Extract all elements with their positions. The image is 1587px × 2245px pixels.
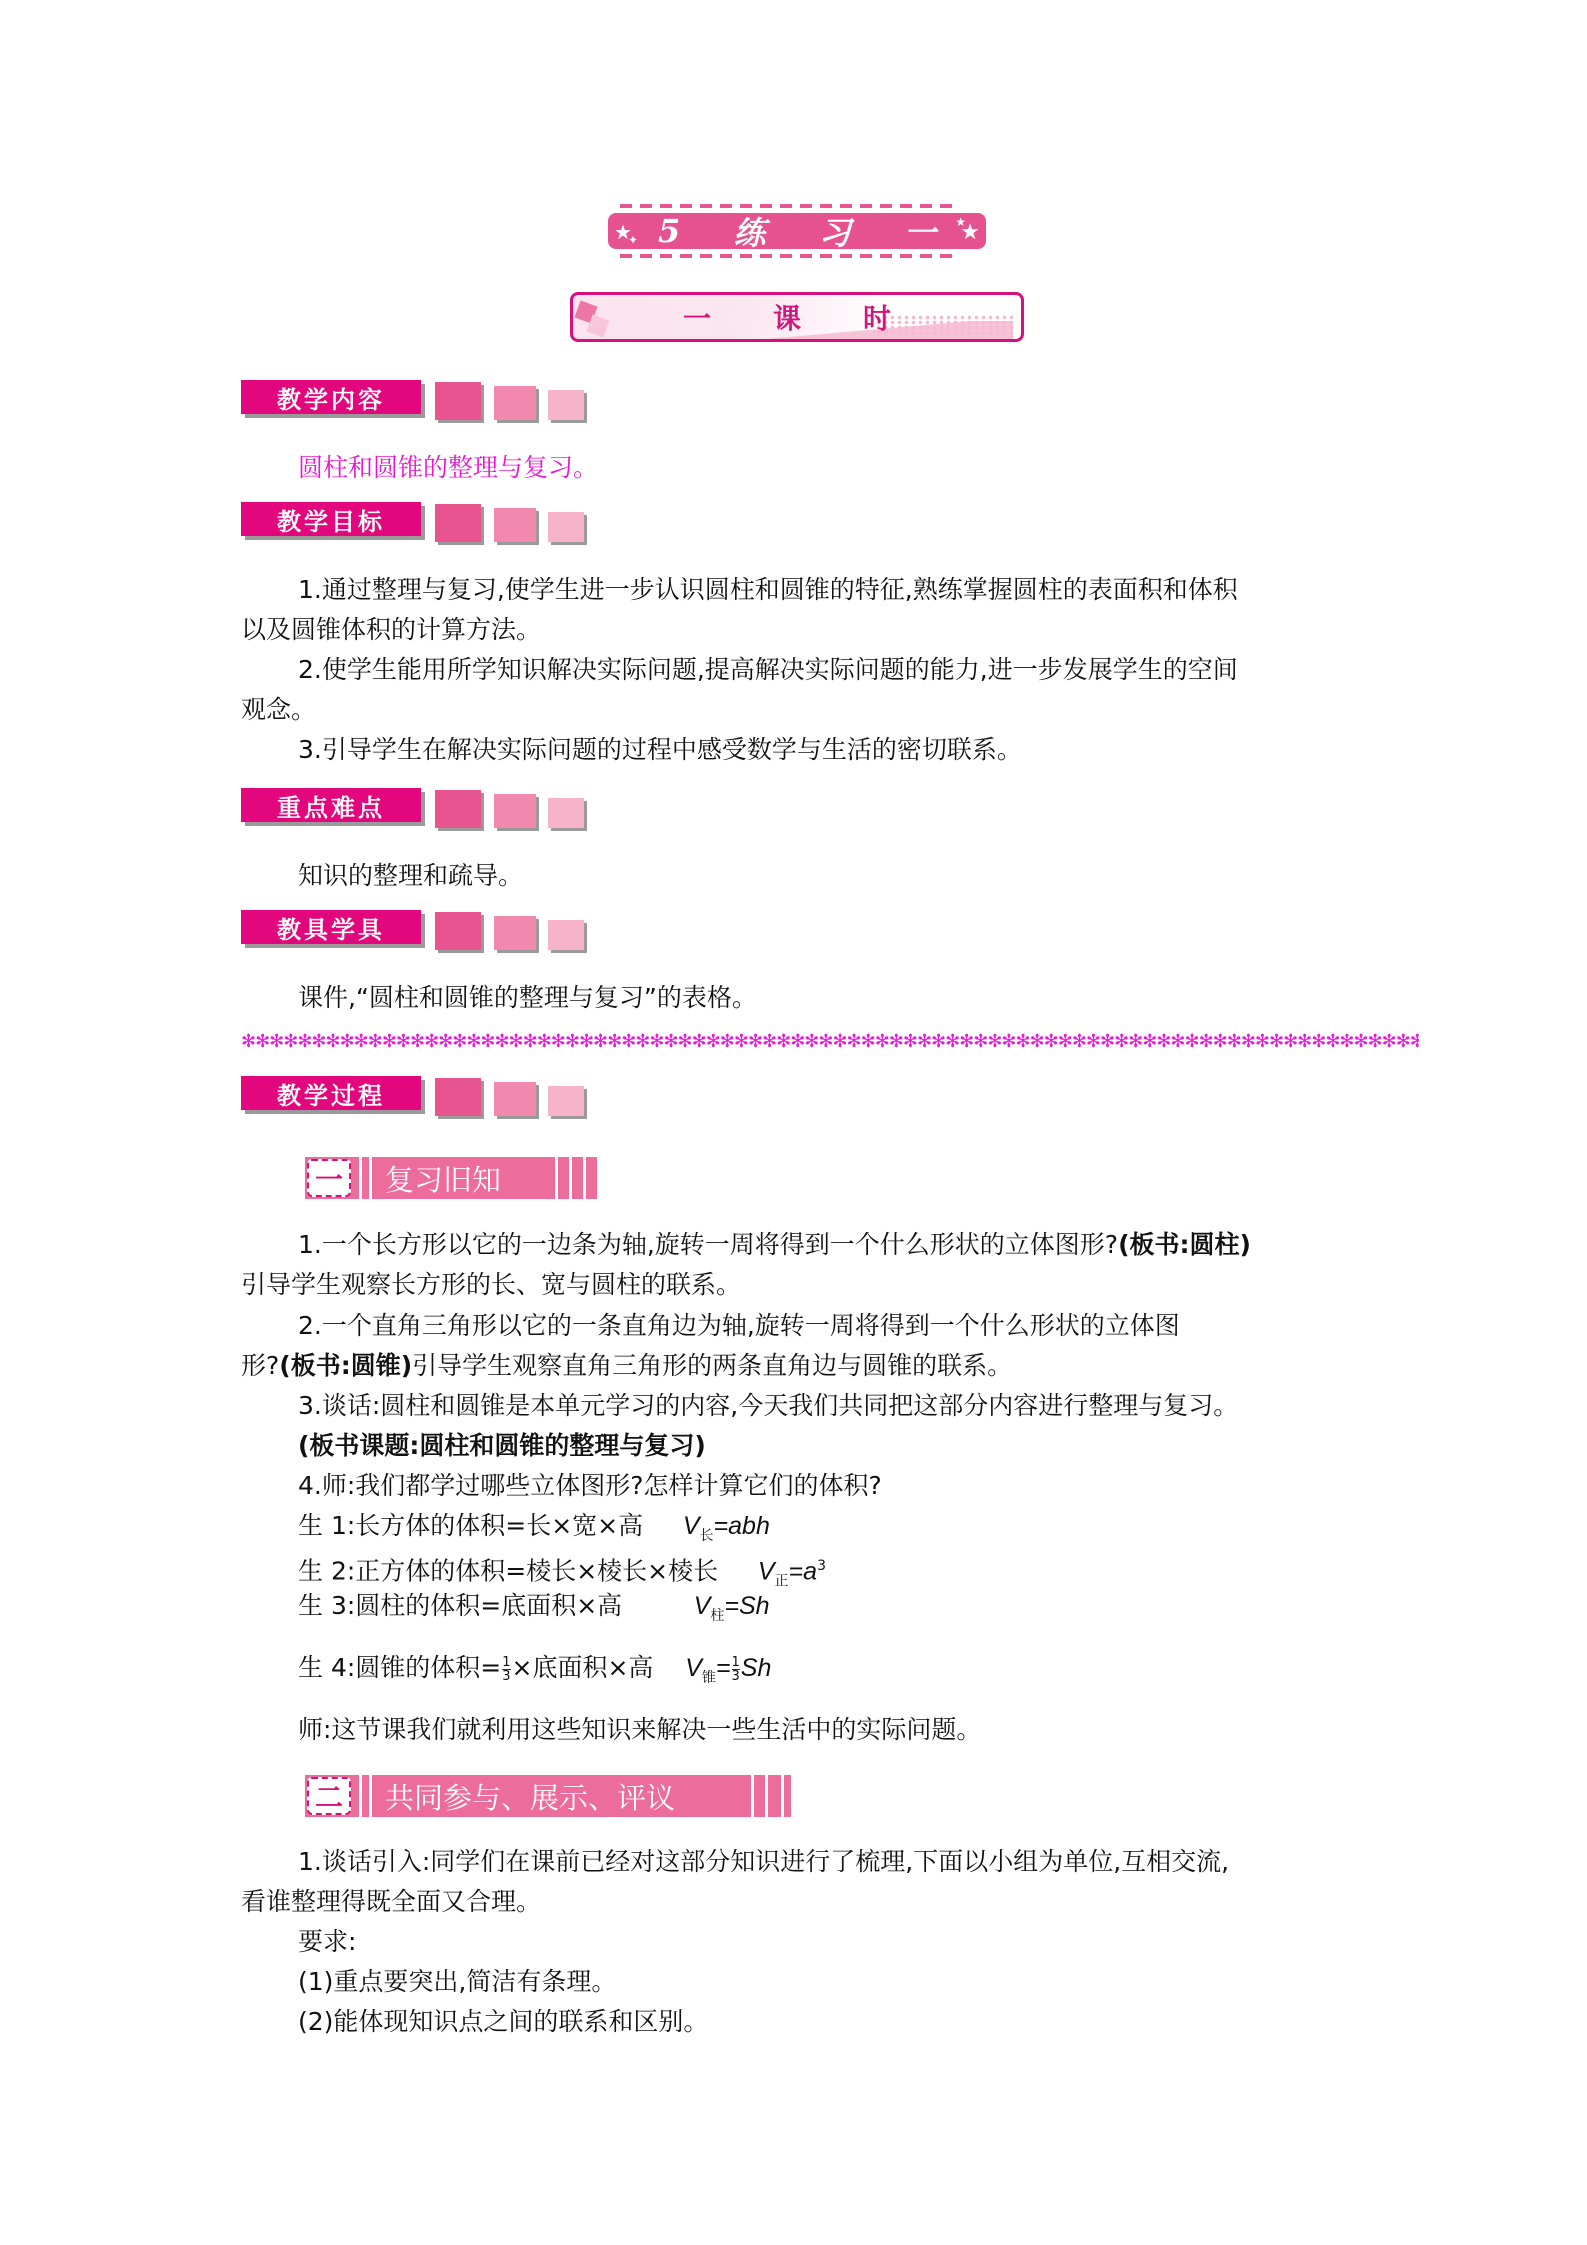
fraction-one-third: 13 bbox=[732, 1656, 740, 1683]
decor-square bbox=[435, 1078, 481, 1116]
goal-2-line-1: 2.使学生能用所学知识解决实际问题,提高解决实际问题的能力,进一步发展学生的空间 bbox=[298, 650, 1238, 690]
decor-bar bbox=[765, 1775, 768, 1817]
requirement-2: (2)能体现知识点之间的联系和区别。 bbox=[298, 2002, 708, 2042]
decor-square bbox=[494, 508, 536, 542]
decor-dots bbox=[875, 315, 1015, 337]
chapter-title-banner: ★ ✦ ★ ★ 5 练 习 一 bbox=[608, 204, 986, 258]
requirement-1: (1)重点要突出,简洁有条理。 bbox=[298, 1962, 616, 2002]
content-text: 圆柱和圆锥的整理与复习。 bbox=[298, 448, 598, 488]
review-q1-line-2: 引导学生观察长方形的长、宽与圆柱的联系。 bbox=[241, 1265, 741, 1305]
subsection-header-review: 一 复习旧知 bbox=[305, 1157, 597, 1199]
requirements-label: 要求: bbox=[298, 1922, 356, 1962]
decor-square bbox=[435, 912, 481, 950]
decor-bar bbox=[369, 1775, 372, 1817]
decor-square bbox=[548, 390, 584, 420]
review-q4: 4.师:我们都学过哪些立体图形?怎样计算它们的体积? bbox=[298, 1466, 882, 1506]
decor-square bbox=[494, 794, 536, 828]
decor-square bbox=[435, 504, 481, 542]
star-icon: ★ bbox=[960, 222, 980, 244]
decor-bar bbox=[359, 1157, 362, 1199]
decor-square bbox=[435, 382, 481, 420]
decor-square bbox=[494, 1082, 536, 1116]
decor-square bbox=[548, 1086, 584, 1116]
fraction-one-third: 13 bbox=[502, 1656, 510, 1683]
review-q3-line-2: (板书课题:圆柱和圆锥的整理与复习) bbox=[298, 1426, 706, 1466]
decor-bar bbox=[583, 1157, 586, 1199]
tools-text: 课件,“圆柱和圆锥的整理与复习”的表格。 bbox=[298, 978, 757, 1018]
review-q1-line-1: 1.一个长方形以它的一边条为轴,旋转一周将得到一个什么形状的立体图形?(板书:圆… bbox=[298, 1225, 1251, 1265]
decor-square bbox=[548, 798, 584, 828]
decor-bar bbox=[555, 1157, 558, 1199]
lesson-title: 一 课 时 bbox=[683, 295, 891, 339]
lesson-banner: 一 课 时 bbox=[570, 292, 1024, 342]
goal-2-line-2: 观念。 bbox=[241, 690, 316, 730]
subsection-header-participate: 二 共同参与、展示、评议 bbox=[305, 1775, 791, 1817]
decor-square bbox=[494, 386, 536, 420]
decor-bar bbox=[359, 1775, 362, 1817]
banner-dash-bottom bbox=[620, 254, 956, 258]
chapter-number: 5 bbox=[658, 212, 680, 250]
chapter-title: 5 练 习 一 bbox=[658, 213, 936, 249]
goal-1-line-2: 以及圆锥体积的计算方法。 bbox=[241, 610, 541, 650]
decor-square bbox=[435, 790, 481, 828]
decor-bar bbox=[569, 1157, 572, 1199]
goal-1-line-1: 1.通过整理与复习,使学生进一步认识圆柱和圆锥的特征,熟练掌握圆柱的表面积和体积 bbox=[298, 570, 1238, 610]
asterisk-divider: ✻✻✻✻✻✻✻✻✻✻✻✻✻✻✻✻✻✻✻✻✻✻✻✻✻✻✻✻✻✻✻✻✻✻✻✻✻✻✻✻… bbox=[241, 1030, 1419, 1054]
decor-bar bbox=[369, 1157, 372, 1199]
participate-p1-line-2: 看谁整理得既全面又合理。 bbox=[241, 1882, 541, 1922]
participate-p1-line-1: 1.谈话引入:同学们在课前已经对这部分知识进行了梳理,下面以小组为单位,互相交流… bbox=[298, 1842, 1229, 1882]
student-answer-4: 生 4:圆锥的体积=13×底面积×高 V锥=13Sh bbox=[298, 1648, 771, 1698]
decor-bar bbox=[751, 1775, 754, 1817]
review-q2-line-2: 形?(板书:圆锥)引导学生观察直角三角形的两条直角边与圆锥的联系。 bbox=[241, 1346, 1012, 1386]
review-q3-line-1: 3.谈话:圆柱和圆锥是本单元学习的内容,今天我们共同把这部分内容进行整理与复习。 bbox=[298, 1386, 1238, 1426]
goal-3: 3.引导学生在解决实际问题的过程中感受数学与生活的密切联系。 bbox=[298, 730, 1022, 770]
student-answer-3: 生 3:圆柱的体积=底面积×高 V柱=Sh bbox=[298, 1586, 770, 1636]
decor-square bbox=[494, 916, 536, 950]
review-q2-line-1: 2.一个直角三角形以它的一条直角边为轴,旋转一周将得到一个什么形状的立体图 bbox=[298, 1306, 1180, 1346]
decor-square bbox=[548, 920, 584, 950]
key-points-text: 知识的整理和疏导。 bbox=[298, 856, 523, 896]
star-icon: ✦ bbox=[628, 234, 638, 246]
teacher-summary: 师:这节课我们就利用这些知识来解决一些生活中的实际问题。 bbox=[298, 1710, 981, 1750]
decor-bar bbox=[781, 1775, 784, 1817]
decor-square bbox=[548, 512, 584, 542]
